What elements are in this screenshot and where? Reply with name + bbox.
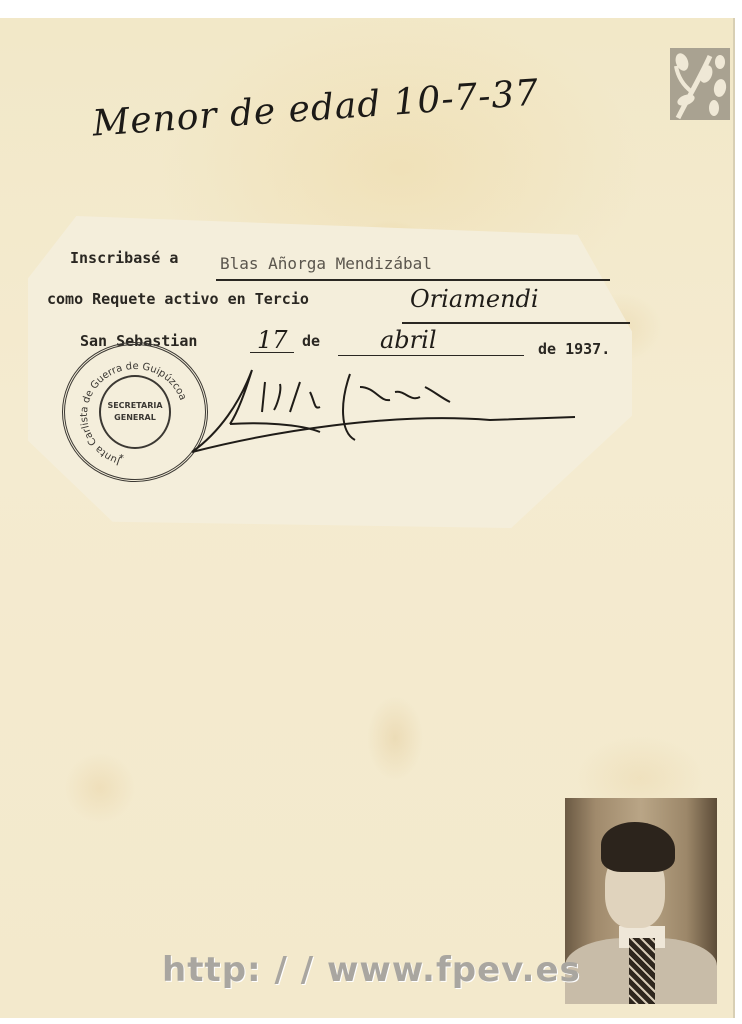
portrait-photo: [565, 798, 717, 1004]
day-underline: [250, 352, 294, 353]
month-underline: [338, 355, 524, 356]
de-label: de: [302, 332, 320, 350]
watermark-url: http: / / www.fpev.es: [162, 950, 581, 990]
stamp-star-icon: *: [119, 453, 124, 464]
signature: [190, 362, 590, 457]
enrollee-name: Blas Añorga Mendizábal: [220, 254, 432, 273]
branch-leaf-logo-icon: [670, 48, 730, 120]
official-stamp: Junta Carlista de Guerra de Guipúzcoa SE…: [62, 342, 208, 482]
year: de 1937.: [538, 340, 610, 358]
tercio-underline: [402, 322, 630, 324]
photo-tie: [629, 938, 655, 1004]
stamp-center: SECRETARIA GENERAL: [99, 375, 171, 449]
handwritten-note: Menor de edad 10-7-37: [91, 72, 540, 144]
tercio-name: Oriamendi: [410, 285, 539, 313]
day: 17: [257, 326, 288, 354]
photo-hair: [601, 822, 675, 872]
line1-label: Inscribasé a: [70, 249, 178, 267]
name-underline: [216, 279, 610, 281]
line2-label: como Requete activo en Tercio: [47, 290, 309, 308]
stamp-line2: GENERAL: [114, 412, 156, 424]
month: abril: [380, 326, 437, 354]
stamp-line1: SECRETARIA: [107, 400, 162, 412]
